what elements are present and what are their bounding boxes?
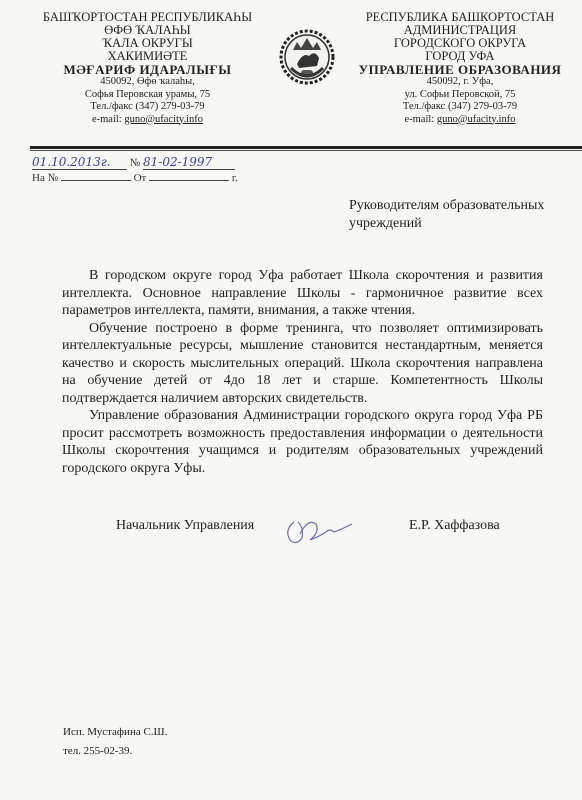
registration-row: 01.10.2013г. № 81-02-1997 <box>32 155 282 170</box>
signatory-name: Е.Р. Хаффазова <box>409 518 500 534</box>
executor-name: Исп. Мустафина С.Ш. <box>63 723 167 742</box>
email-label: e-mail: <box>92 114 124 125</box>
executor-phone: тел. 255-02-39. <box>63 742 167 761</box>
registration-number: 81-02-1997 <box>143 155 235 170</box>
body-paragraph: Обучение построено в форме тренинга, что… <box>62 320 543 408</box>
executor-info: Исп. Мустафина С.Ш. тел. 255-02-39. <box>63 723 167 761</box>
letterhead-right-department: УПРАВЛЕНИЕ ОБРАЗОВАНИЯ <box>345 63 575 76</box>
reply-date-field <box>149 170 229 181</box>
signature-icon <box>280 510 360 550</box>
letterhead-right-address: ул. Софьи Перовской, 75 <box>345 89 575 102</box>
coat-of-arms-icon <box>279 28 335 86</box>
body-paragraph: Управление образования Администрации гор… <box>62 407 543 477</box>
letterhead-right-phone: Тел./факс (347) 279-03-79 <box>345 101 575 114</box>
letterhead-left: БАШҠОРТОСТАН РЕСПУБЛИКАҺЫ ӨФӨ ҠАЛАҺЫ ҠАЛ… <box>20 11 275 126</box>
registration-date: 01.10.2013г. <box>32 155 127 170</box>
year-suffix: г. <box>232 172 238 184</box>
letter-body: В городском округе город Уфа работает Шк… <box>62 267 543 477</box>
addressee: Руководителям образовательных учреждений <box>349 197 544 233</box>
letterhead-right: РЕСПУБЛИКА БАШКОРТОСТАН АДМИНИСТРАЦИЯ ГО… <box>345 11 575 126</box>
addressee-line: учреждений <box>349 215 544 233</box>
letterhead-left-email-row: e-mail: guno@ufacity.info <box>20 114 275 127</box>
letterhead-right-email-row: e-mail: guno@ufacity.info <box>345 114 575 127</box>
letterhead-left-address: 450092, Өфө ҡалаһы, <box>20 76 275 89</box>
letterhead-left-address: Софья Перовская урамы, 75 <box>20 89 275 102</box>
reply-number-field <box>61 170 131 181</box>
letterhead-left-phone: Тел./факс (347) 279-03-79 <box>20 101 275 114</box>
reply-number-label: На № <box>32 172 58 184</box>
letterhead-divider <box>30 146 582 149</box>
addressee-line: Руководителям образовательных <box>349 197 544 215</box>
letterhead-divider-thin <box>30 150 582 151</box>
signatory-position: Начальник Управления <box>116 518 254 534</box>
letterhead-left-department: МӘҒАРИФ ИДАРАЛЫҒЫ <box>20 63 275 76</box>
body-paragraph: В городском округе город Уфа работает Шк… <box>62 267 543 320</box>
number-label: № <box>130 157 141 169</box>
from-label: От <box>134 172 147 184</box>
email-label: e-mail: <box>404 114 436 125</box>
reply-row: На № От г. <box>32 170 282 184</box>
email-link[interactable]: guno@ufacity.info <box>124 114 203 125</box>
email-link[interactable]: guno@ufacity.info <box>437 114 516 125</box>
letterhead-right-address: 450092, г. Уфа, <box>345 76 575 89</box>
